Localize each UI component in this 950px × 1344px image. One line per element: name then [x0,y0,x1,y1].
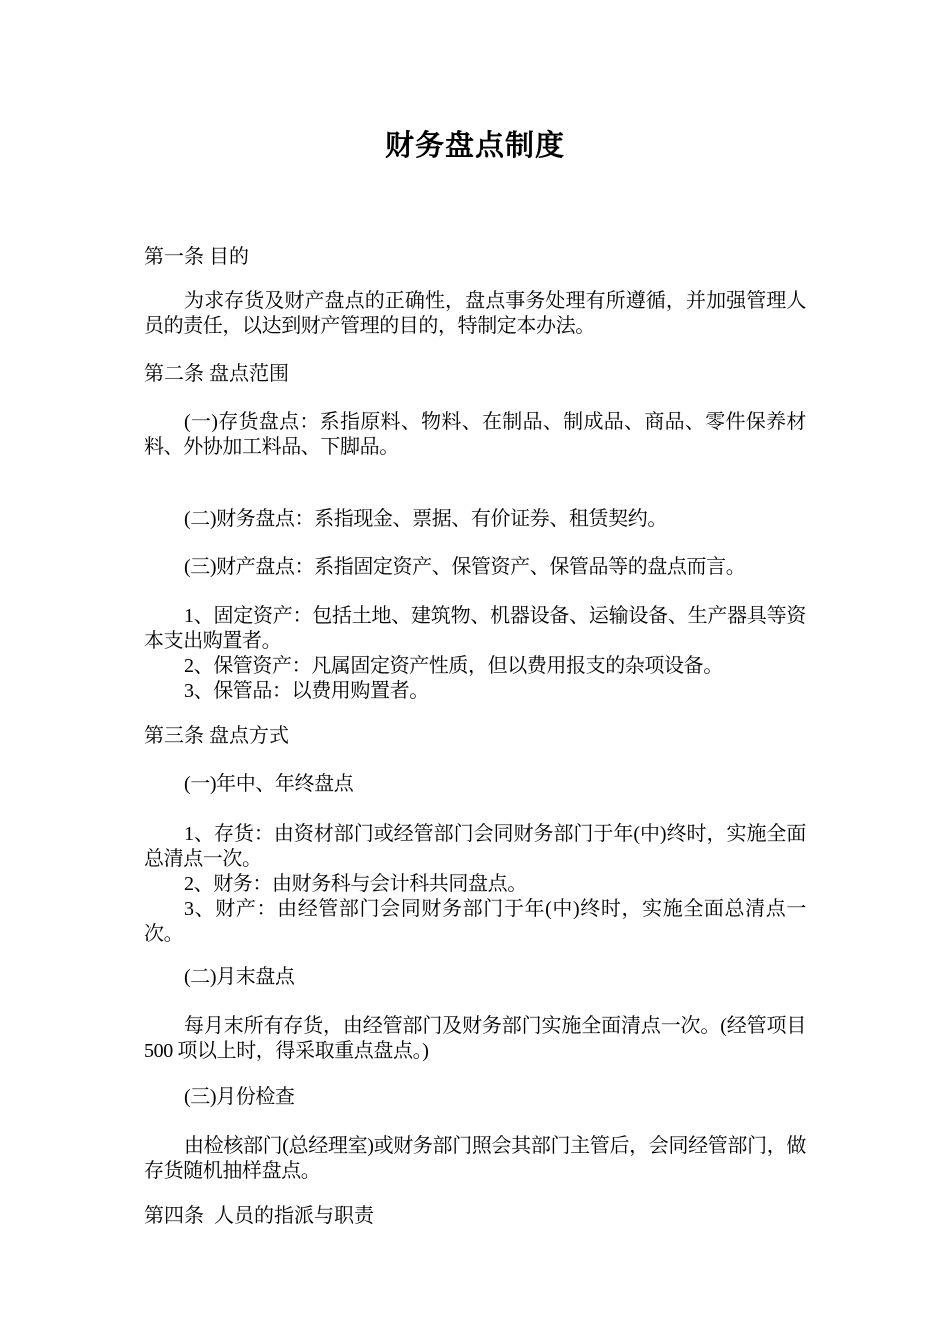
paragraph-method-item-3: (三)月份检查 [144,1085,806,1110]
document-page: 财务盘点制度 第一条 目的 为求存货及财产盘点的正确性，盘点事务处理有所遵循，并… [0,0,950,1344]
section-heading-article-1: 第一条 目的 [144,245,806,270]
paragraph-month-end-detail: 每月末所有存货，由经管部门及财务部门实施全面清点一次。(经管项目500 项以上时… [144,1014,806,1064]
section-heading-article-4: 第四条 人员的指派与职责 [144,1204,806,1229]
section-heading-article-2: 第二条 盘点范围 [144,362,806,387]
paragraph-method-item-1: (一)年中、年终盘点 [144,772,806,797]
paragraph-scope-item-3: (三)财产盘点：系指固定资产、保管资产、保管品等的盘点而言。 [144,555,806,580]
paragraph-scope-item-1: (一)存货盘点：系指原料、物料、在制品、制成品、商品、零件保养材料、外协加工料品… [144,410,806,460]
paragraph-purpose: 为求存货及财产盘点的正确性，盘点事务处理有所遵循，并加强管理人员的责任，以达到财… [144,289,806,339]
paragraph-monthly-check-detail: 由检核部门(总经理室)或财务部门照会其部门主管后，会同经管部门，做存货随机抽样盘… [144,1134,806,1184]
paragraph-fixed-assets: 1、固定资产：包括土地、建筑物、机器设备、运输设备、生产器具等资本支出购置者。 [144,604,806,654]
section-heading-article-3: 第三条 盘点方式 [144,724,806,749]
document-title: 财务盘点制度 [144,126,806,166]
paragraph-inventory-stock: 1、存货：由资材部门或经管部门会同财务部门于年(中)终时，实施全面总清点一次。 [144,822,806,872]
paragraph-scope-item-2: (二)财务盘点：系指现金、票据、有价证券、租赁契约。 [144,507,806,532]
paragraph-custody-items: 3、保管品：以费用购置者。 [144,679,806,704]
paragraph-inventory-finance: 2、财务：由财务科与会计科共同盘点。 [144,872,806,897]
paragraph-custody-assets: 2、保管资产：凡属固定资产性质，但以费用报支的杂项设备。 [144,654,806,679]
paragraph-inventory-property: 3、财产：由经管部门会同财务部门于年(中)终时，实施全面总清点一次。 [144,897,806,947]
paragraph-method-item-2: (二)月末盘点 [144,965,806,990]
